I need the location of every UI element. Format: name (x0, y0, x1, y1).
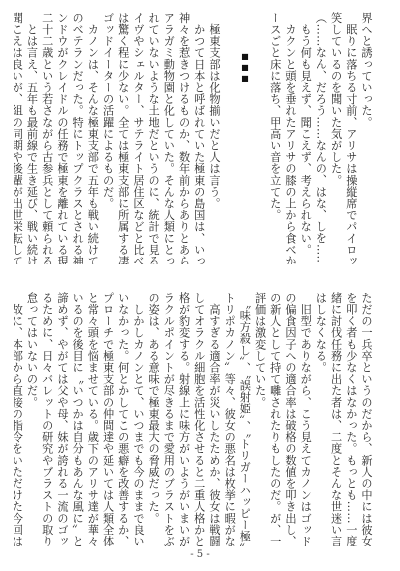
text-line: 格が豹変する。射線上に味方がいようがいまいがお構いなし、オ (176, 292, 191, 546)
text-line: 聞こえは良いが、組の同期や後輩が出世栄転していく中いまだに (14, 12, 24, 264)
text-line: れていないような土地だというのに、統計で見ると世界各国のハ (146, 12, 161, 264)
text-line: は驚く程に少ない。全ては極東支部に所属する凄腕の神狩り達、 (116, 12, 131, 264)
text-line: るために、日々バレットの研究やブラストの取り回しなど努力を (40, 292, 55, 546)
text-line: ゴッドイーターの活躍によるものだ。 (100, 12, 115, 264)
text-line: してオラクル細胞を活性化させると二重人格かと疑われる程に性 (192, 292, 207, 546)
text-line: 旧型でありながら、こう見えてカノンはゴッドイーターとして (298, 292, 313, 546)
text-line: ースごと床に落ち、甲高い音を立てた。 (268, 12, 283, 264)
page-number: - 5 - (0, 549, 400, 560)
text-line: 〝味方殺し〟、〝誤射姫〟、〝トリガーハッピー極〟、〝テスカ (237, 292, 252, 546)
section-separator: ■■■ (237, 52, 252, 85)
text-line: 諦めず、やがては父や母、妹が誇れる一流のゴッドイーターにな (55, 292, 70, 546)
text-line: もう何も見えず、聞こえず、考えられない。 (298, 12, 313, 264)
lower-text-block: ただの一兵卒というのだから、新人の中には彼女を軽んじ、陰口を叩く者も少なくはなか… (14, 292, 374, 546)
text-line: いなかった。何とかしてこの悪癖を改善するか、もしくは他のア (116, 292, 131, 546)
text-line: 界へと誘っていった。 (359, 12, 374, 264)
text-line: （……なん、だろう……なんの、はな、しを……） (313, 12, 328, 264)
text-line: カクンと頭を垂れたアリサの膝の上から食べかけの機内食がケ (283, 12, 298, 264)
text-line: プローチで極東支部の仲間達や延いては人類全体の役に立ちたい (100, 292, 115, 546)
text-line: のベテランだった。特にトップクラスとされる神薙ユウや雨宮リ (70, 12, 85, 264)
novel-page: 界へと誘っていった。 眠りに落ちる寸前、アリサは操縦席でパイロット達が何事か談笑… (0, 0, 400, 571)
text-line: いるのを後目に〝いつかは自分もあんな風に〟という夢は決して (70, 292, 85, 546)
text-line: ただの一兵卒というのだから、新人の中には彼女を軽んじ、陰口 (359, 292, 374, 546)
text-line: トリポカノン〟等々、彼女の悪名は枚挙に暇がない。 (222, 292, 237, 546)
text-line: 眠りに落ちる寸前、アリサは操縦席でパイロット達が何事か談 (344, 12, 359, 264)
text-line: と常々頭を悩ませている。歳下のアリサ達が華々しい活躍をして (85, 292, 100, 546)
text-line: を叩く者も少なくはなかった。もっとも……一度でもカノンと一 (344, 292, 359, 546)
text-line: アラガミ動物園と化していた。そんな人類にとって絶望しか残さ (161, 12, 176, 264)
text-line: カノンは、そんな極東支部で五年も戦い続けているベテラン中 (85, 12, 100, 264)
text-line: ンドウがクレイドルの任務で極東を離れている現在、彼女はまだ (55, 12, 70, 264)
text-line: 神々を惹きつけるものか、数年前からありとあらゆる獣神が集う (176, 12, 191, 264)
text-line: かつて日本と呼ばれていた極東の島国は、いったい何が荒ぶる (192, 12, 207, 264)
text-line: 評価は激変していた。 (252, 292, 267, 546)
upper-text-block: 界へと誘っていった。 眠りに落ちる寸前、アリサは操縦席でパイロット達が何事か談笑… (14, 12, 374, 264)
blank-line (222, 12, 237, 264)
text-line: の偏食因子への適合率は破格の数値を叩き出し、入隊直後は期待 (283, 292, 298, 546)
text-line: とは言え、五年も最前線で生き延び、戦い続けてきたと言えば (24, 12, 39, 264)
text-line: 笑しているのを聞いた気がした。 (328, 12, 343, 264)
text-line: の新人として持て囃されたりもしたのだ。が、一ヶ月後にはその (268, 292, 283, 546)
text-line: 故に、本部から直接の指令をいただけた今回は、何のためかは (14, 292, 24, 546)
text-line: 緒に討伐任務に出た者は、二度とそんな世迷い言を口にしようと (328, 292, 343, 546)
blank-line (252, 12, 267, 264)
text-line: の姿は、ある意味で極東最大の脅威だった。 (146, 292, 161, 546)
text-line: 二十二歳という若さながら古参兵として頼られる場面は多い。 (40, 12, 55, 264)
text-line: 怠ってはいないのだ。 (24, 292, 39, 546)
text-line: イヴやシェルター、サテライト居住区などと比べアラガミの被害 (131, 12, 146, 264)
text-line: ラクルポイントが尽きるまで愛用のブラストをぶっ放し続けるそ (161, 292, 176, 546)
text-line: 高すぎる適合率が災いしたためか、彼女は戦闘中、神器を装備 (207, 292, 222, 546)
text-line: はしなくなる。 (313, 292, 328, 546)
text-line: 極東支部は化物揃いだと人は言う。 (207, 12, 222, 264)
text-line: しかしカノンとて、いつまでも今のままで良いなどとは考えて (131, 292, 146, 546)
